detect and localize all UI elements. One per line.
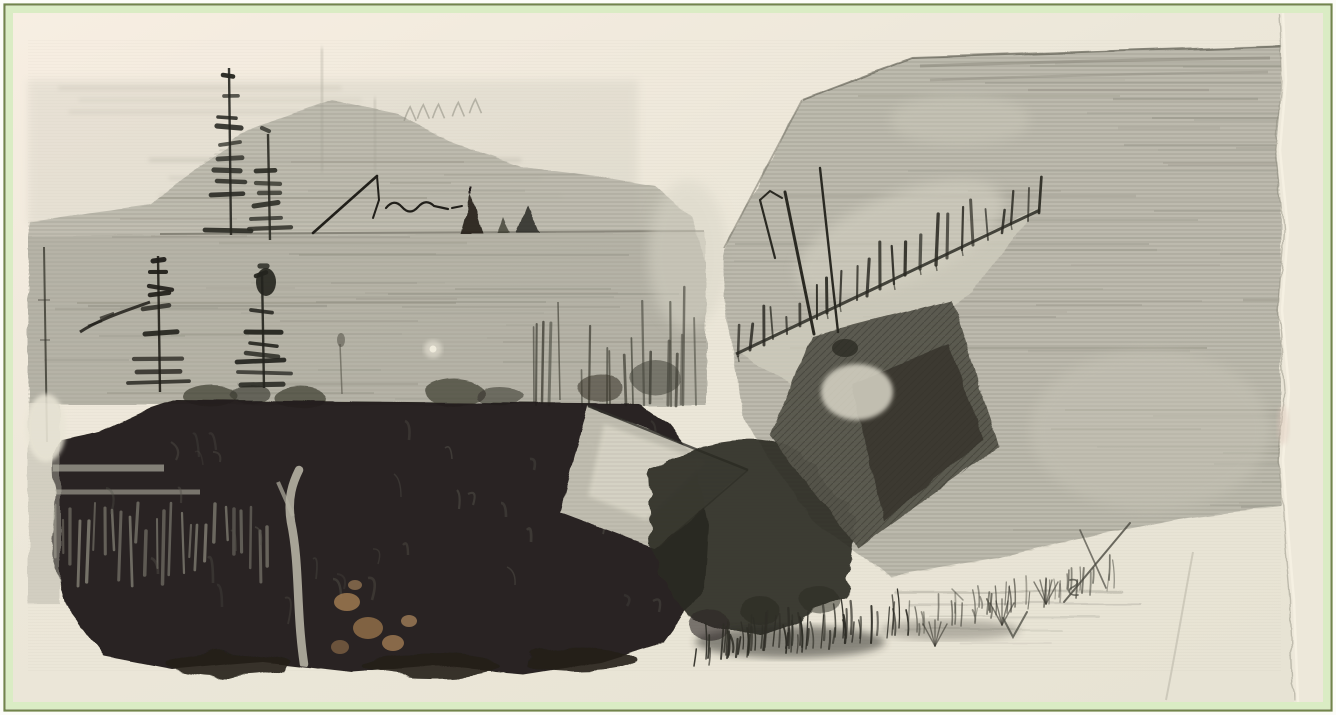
- sapling-stroke: [857, 266, 858, 300]
- grass-blade: [924, 612, 925, 633]
- grass-blade: [871, 606, 872, 643]
- grass-blade: [919, 624, 920, 635]
- grass-blade: [1060, 584, 1061, 602]
- distant-tree-smudge: [321, 48, 323, 172]
- spruce-tuft: [150, 293, 169, 295]
- left-foreground-strip: [26, 394, 66, 605]
- grass-blade: [1109, 555, 1110, 580]
- sapling-root-tick: [840, 306, 841, 312]
- grass-blade: [955, 593, 956, 613]
- sketch-artwork: [0, 0, 1336, 715]
- fence-stroke: [163, 511, 165, 584]
- spruce-crown: [256, 268, 276, 296]
- spruce-tuft: [251, 218, 281, 219]
- pole-base-clump: [832, 339, 858, 357]
- sapling-stroke: [840, 271, 841, 306]
- spruce-tuft: [214, 170, 240, 171]
- sapling-stroke: [827, 278, 828, 313]
- mountain-light-patch: [1030, 350, 1270, 510]
- sapling-root-tick: [962, 250, 963, 256]
- fence-stroke: [205, 525, 206, 561]
- midground-tree: [536, 324, 537, 405]
- grass-blade: [938, 594, 939, 620]
- spruce-tuft: [256, 183, 280, 184]
- spruce-tuft: [137, 371, 180, 372]
- rock-light-spot: [821, 364, 893, 420]
- spruce-tuft: [205, 230, 251, 231]
- spruce-tuft: [145, 332, 177, 334]
- spruce-tuft: [237, 360, 284, 362]
- midground-tree: [549, 323, 551, 405]
- spruce-tuft: [256, 170, 275, 171]
- tear-pink-smudge: [1277, 405, 1289, 445]
- sapling-stroke: [905, 242, 906, 275]
- sapling-root-tick: [738, 356, 739, 362]
- light-gap: [26, 394, 66, 462]
- midground-tree: [681, 335, 682, 404]
- spruce-tuft: [254, 203, 278, 207]
- sapling-stroke: [1028, 188, 1029, 221]
- fence-stroke: [226, 507, 228, 540]
- grass-blade: [1071, 568, 1072, 589]
- grass-base-smudge: [880, 620, 1020, 640]
- spruce-tuft: [241, 384, 283, 385]
- grass-blade: [1080, 567, 1081, 590]
- distant-tree-smudge: [374, 98, 376, 172]
- midground-tree: [624, 355, 626, 405]
- grass-blade: [829, 631, 830, 649]
- grass-blade: [1090, 572, 1091, 595]
- grass-blade: [1067, 574, 1068, 589]
- thin-sapling-crown: [337, 333, 345, 347]
- spruce-tuft: [153, 260, 164, 262]
- framed-sketch: [0, 0, 1336, 715]
- sapling-stroke: [738, 325, 739, 356]
- sapling-stroke: [936, 214, 938, 265]
- fence-stroke: [157, 519, 158, 568]
- spruce-tuft: [223, 75, 233, 77]
- grass-blade: [1093, 568, 1094, 583]
- mountain-light-patch: [890, 94, 1030, 146]
- drawing: [26, 13, 1336, 702]
- sapling-root-tick: [894, 284, 895, 290]
- spruce-tuft: [218, 158, 242, 159]
- spruce-tuft: [249, 227, 291, 229]
- spruce-tuft: [218, 117, 236, 118]
- fence-stroke: [78, 521, 80, 586]
- sapling-stroke: [962, 207, 963, 250]
- spruce-tuft: [251, 310, 272, 313]
- grass-blade: [851, 601, 852, 634]
- spruce-tuft: [128, 381, 189, 383]
- spruce-tuft: [217, 126, 241, 128]
- sapling-stroke: [920, 235, 921, 269]
- sapling-root-tick: [827, 313, 828, 319]
- spruce-tuft: [262, 128, 269, 131]
- light-spot: [430, 346, 437, 353]
- grass-blade: [1026, 576, 1027, 604]
- fence-stroke: [250, 507, 251, 568]
- grass-blade: [788, 608, 789, 645]
- sapling-root-tick: [1011, 224, 1012, 230]
- fence-stroke: [214, 504, 215, 542]
- sapling-root-tick: [920, 269, 921, 275]
- valley-mist: [648, 180, 728, 330]
- fence-stroke: [241, 511, 242, 552]
- grass-blade: [951, 601, 952, 625]
- fence-stroke: [145, 531, 146, 575]
- sapling-stroke: [947, 214, 948, 258]
- spruce-tuft: [238, 372, 291, 374]
- spruce-tuft: [217, 181, 245, 182]
- grass-blade: [877, 612, 878, 635]
- grass-blade: [779, 614, 780, 647]
- midground-tree: [542, 322, 543, 403]
- sapling-stroke: [786, 317, 787, 334]
- sapling-root-tick: [936, 265, 937, 271]
- spruce-tuft: [211, 194, 243, 195]
